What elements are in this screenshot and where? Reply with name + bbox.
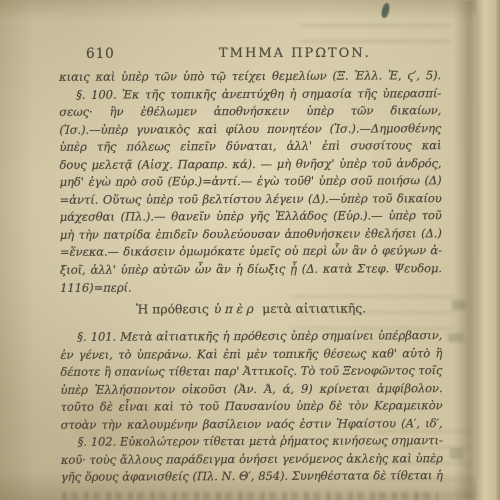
text-line: ἐν γένει, τὸ ὑπεράνω. Καὶ ἐπὶ μὲν τοπικῆ… xyxy=(60,345,442,364)
cut-off-line xyxy=(62,492,438,500)
text-line: δέποτε ἢ σπανίως τίθεται παρ' Ἀττικοῖς. … xyxy=(60,362,442,381)
text-line: (Ἰσ.).—ὑπὲρ γυναικὸς καὶ φίλου πονητέον … xyxy=(59,120,441,139)
text-line: τοῦτο δὲ εἶναι καὶ τὸ τοῦ Παυσανίου ὑπὲρ… xyxy=(61,397,443,416)
text-line: 1116)=περί. xyxy=(60,278,442,297)
text-line: κιαις καὶ ὑπὲρ τῶν ὑπὸ τῷ τείχει θεμελίω… xyxy=(59,67,441,86)
text-line: ξιοῖ, ἀλλ' ὑπὲρ αὐτῶν ὧν ἂν ἡ δίωξις ᾖ (… xyxy=(60,260,442,279)
ink-speck xyxy=(380,2,390,18)
page-header: 610 ΤΜΗΜΑ ΠΡΩΤΟΝ. xyxy=(0,46,500,64)
section-heading: Ἡ πρόθεσιςὑπὲρμετὰ αἰτιατικῆς. xyxy=(60,300,442,319)
text-line: =ἀντί. Οὕτως ὑπὲρ τοῦ βελτίστου λέγειν (… xyxy=(60,190,442,209)
text-block: κιαις καὶ ὑπὲρ τῶν ὑπὸ τῷ τείχει θεμελίω… xyxy=(59,67,443,487)
next-page-edge xyxy=(476,0,500,500)
text-line: δους μελετᾷ (Αἰσχ. Παραπρ. κά). — μὴ θνῆ… xyxy=(59,155,441,174)
heading-word-hyper: ὑπὲρ xyxy=(214,302,257,316)
text-line: γῆς ὅρους ἀφανισθείς (Πλ. Ν. Θ′, 854). Σ… xyxy=(61,468,443,487)
text-line: ὑπὲρ τῆς πόλεως εἰπεῖν δύναται, ἀλλ' ἐπὶ… xyxy=(59,137,441,156)
text-line: μηδ' ἐγὼ πρὸ σοῦ (Εὐρ.)=ἀντί.— ἐγὼ τοῦθ'… xyxy=(60,172,442,191)
running-title: ΤΜΗΜΑ ΠΡΩΤΟΝ. xyxy=(219,46,371,61)
scanned-book-page: 610 ΤΜΗΜΑ ΠΡΩΤΟΝ. κιαις καὶ ὑπὲρ τῶν ὑπὸ… xyxy=(0,0,500,500)
gutter-shadow xyxy=(454,0,478,500)
bleed-blob xyxy=(452,300,466,310)
text-line: στοὰν τὴν καλουμένην βασίλειον ναός ἐστι… xyxy=(61,415,443,434)
text-line: μὴ τὴν πατρίδα ἐπιδεῖν δουλεύουσαν ἀποθν… xyxy=(60,225,442,244)
text-line: =ἕνεκα.— δικάσειν ὀμωμόκατε ὑμεῖς οὐ περ… xyxy=(60,243,442,262)
text-line: ὑπὲρ Ἑλλήσποντον οἰκοῦσι (Ἀν. Ά, ά, 9) κ… xyxy=(60,380,442,399)
text-line: §. 101. Μετὰ αἰτιατικῆς ἡ πρόθεσις ὑπὲρ … xyxy=(60,327,442,346)
heading-post: μετὰ αἰτιατικῆς. xyxy=(262,302,366,316)
text-line: σεως· ἣν ἐθέλωμεν ἀποθνήσκειν ὑπὲρ τῶν δ… xyxy=(59,102,441,121)
bleed-blob xyxy=(448,333,464,342)
heading-pre: Ἡ πρόθεσις xyxy=(136,302,209,316)
text-line: §. 100. Ἐκ τῆς τοπικῆς ἀνεπτύχθη ἡ σημασ… xyxy=(59,85,441,104)
text-line: §. 102. Εὐκολώτερον τίθεται μετὰ ῥήματος… xyxy=(61,433,443,452)
bleedthrough-top xyxy=(300,24,450,44)
bleed-blob xyxy=(450,448,463,459)
text-line: κοῦ· τοὺς ἄλλους παράδειγμα ὀνήσει γενόμ… xyxy=(61,450,443,469)
text-line: μάχεσθαι (Πλ.).— θανεῖν ὑπὲρ γῆς Ἑλλάδος… xyxy=(60,208,442,227)
page-number: 610 xyxy=(86,46,115,62)
